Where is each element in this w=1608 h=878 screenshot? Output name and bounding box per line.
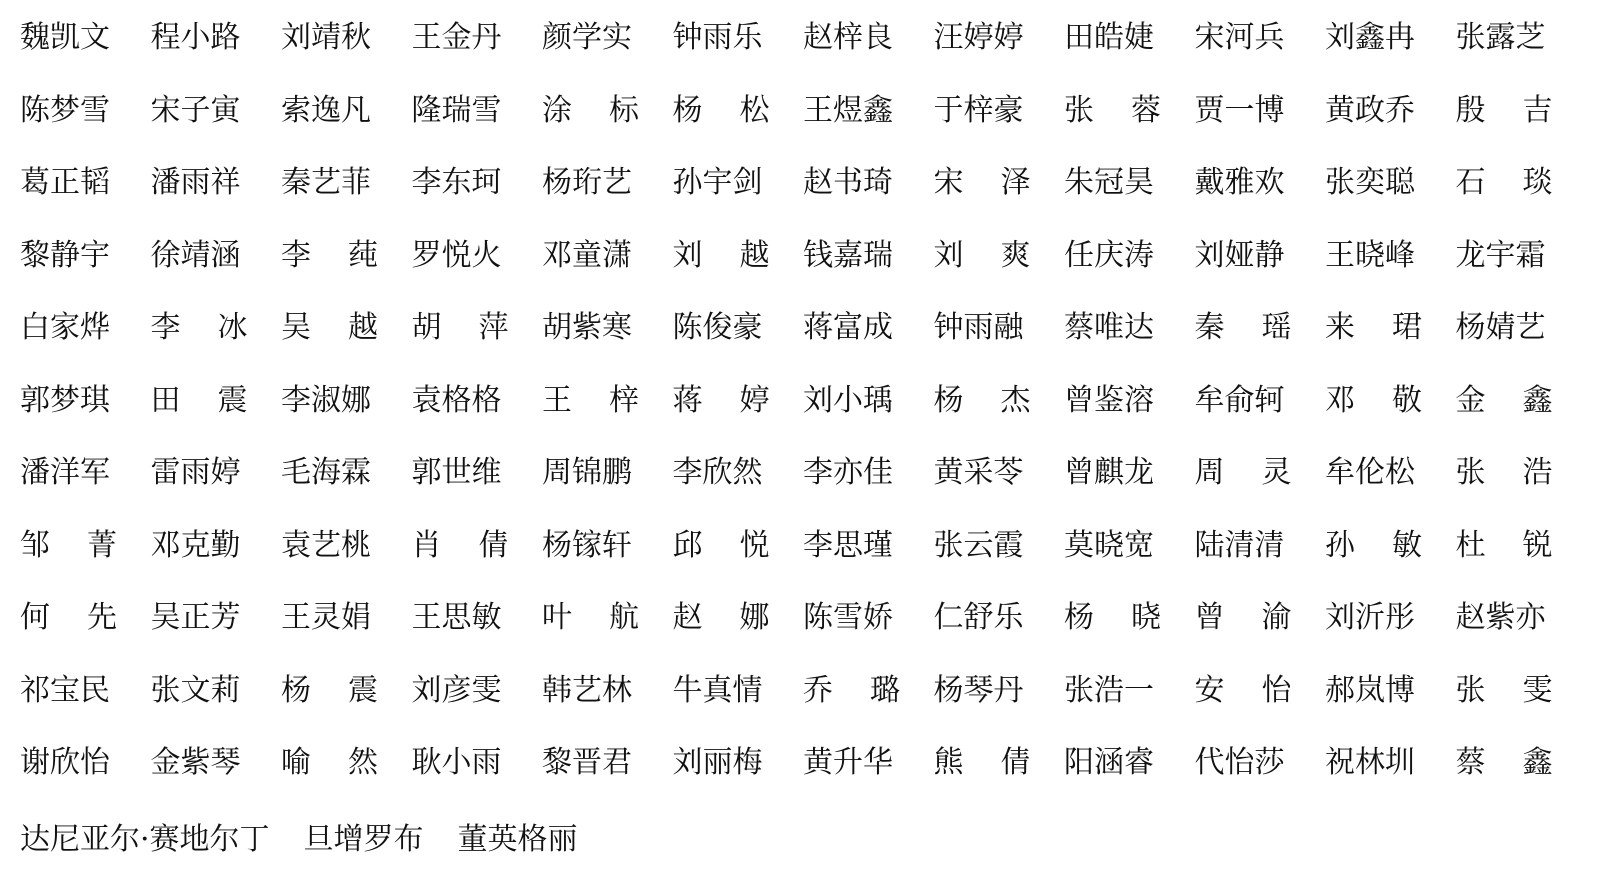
name-cell: 涂标: [542, 96, 639, 126]
name-cell: 邓克勤: [151, 531, 282, 561]
name-cell: 刘娅静: [1195, 241, 1326, 271]
name-cell: 陈梦雪: [20, 96, 151, 126]
name-char: 金: [1456, 386, 1486, 416]
name-cell: 曾鉴溶: [1064, 386, 1195, 416]
name-char: 邓: [1325, 386, 1355, 416]
name-cell: 李亦佳: [803, 458, 934, 488]
name-char: 殷: [1456, 96, 1486, 126]
name-row: 何先吴正芳王灵娟王思敏叶航赵娜陈雪娇仁舒乐杨晓曾渝刘沂彤赵紫亦: [20, 582, 1600, 655]
name-cell: 罗悦火: [412, 241, 543, 271]
name-cell: 王晓峰: [1325, 241, 1456, 271]
name-char: 珺: [1392, 313, 1422, 343]
name-cell: 钟雨乐: [673, 23, 804, 53]
name-cell: 袁艺桃: [281, 531, 412, 561]
name-row: 白家烨李冰吴越胡萍胡紫寒陈俊豪蒋富成钟雨融蔡唯达秦瑶来珺杨婧艺: [20, 292, 1600, 365]
name-char: 邹: [20, 531, 50, 561]
name-char: 晓: [1131, 603, 1161, 633]
name-cell: 黄政乔: [1325, 96, 1456, 126]
name-cell: 杨珩艺: [542, 168, 673, 198]
name-cell: 张浩一: [1064, 676, 1195, 706]
name-char: 婷: [740, 386, 770, 416]
name-cell: 蔡唯达: [1064, 313, 1195, 343]
name-row: 祁宝民张文莉杨震刘彦雯韩艺林牛真情乔璐杨琴丹张浩一安怡郝岚博张雯: [20, 655, 1600, 728]
name-cell: 蒋富成: [803, 313, 934, 343]
name-cell: 秦瑶: [1195, 313, 1292, 343]
name-cell: 赵梓良: [803, 23, 934, 53]
name-cell: 隆瑞雪: [412, 96, 543, 126]
name-cell: 杨杰: [934, 386, 1031, 416]
name-char: 瑶: [1262, 313, 1292, 343]
name-cell: 牛真情: [673, 676, 804, 706]
name-char: 雯: [1523, 676, 1553, 706]
name-cell: 杨晓: [1064, 603, 1161, 633]
name-char: 越: [740, 241, 770, 271]
name-cell: 赵娜: [673, 603, 770, 633]
name-cell: 代怡莎: [1195, 748, 1326, 778]
name-cell: 孙敏: [1325, 531, 1422, 561]
name-cell: 牟伦松: [1325, 458, 1456, 488]
name-char: 张: [1064, 96, 1094, 126]
name-char: 琰: [1523, 168, 1553, 198]
name-cell: 达尼亚尔·赛地尔丁: [20, 814, 270, 858]
name-char: 莼: [348, 241, 378, 271]
name-char: 航: [609, 603, 639, 633]
name-char: 灵: [1262, 458, 1292, 488]
name-roster: 魏凯文程小路刘靖秋王金丹颜学实钟雨乐赵梓良汪婷婷田皓婕宋河兵刘鑫冉张露芝陈梦雪宋…: [20, 2, 1600, 872]
name-cell: 刘越: [673, 241, 770, 271]
name-char: 震: [348, 676, 378, 706]
name-char: 曾: [1195, 603, 1225, 633]
name-cell: 王金丹: [412, 23, 543, 53]
name-char: 杨: [673, 96, 703, 126]
name-cell: 宋子寅: [151, 96, 282, 126]
name-char: 胡: [412, 313, 442, 343]
name-char: 吴: [281, 313, 311, 343]
name-cell: 旦增罗布: [304, 814, 424, 858]
name-char: 张: [1456, 676, 1486, 706]
name-cell: 吴越: [281, 313, 378, 343]
name-char: 倩: [1001, 748, 1031, 778]
name-cell: 祝林圳: [1325, 748, 1456, 778]
name-cell: 周锦鹏: [542, 458, 673, 488]
name-char: 蔡: [1456, 748, 1486, 778]
name-cell: 赵紫亦: [1456, 603, 1587, 633]
name-cell: 郝岚博: [1325, 676, 1456, 706]
name-cell: 耿小雨: [412, 748, 543, 778]
name-cell: 邹菁: [20, 531, 117, 561]
name-cell: 刘沂彤: [1325, 603, 1456, 633]
name-cell: 黄采苓: [934, 458, 1065, 488]
name-cell: 程小路: [151, 23, 282, 53]
name-cell: 钱嘉瑞: [803, 241, 934, 271]
name-row: 陈梦雪宋子寅索逸凡隆瑞雪涂标杨松王煜鑫于梓豪张蓉贾一博黄政乔殷吉: [20, 75, 1600, 148]
name-cell: 李东珂: [412, 168, 543, 198]
name-char: 鑫: [1523, 748, 1553, 778]
name-cell: 杜锐: [1456, 531, 1553, 561]
name-cell: 毛海霖: [281, 458, 412, 488]
name-char: 肖: [412, 531, 442, 561]
name-cell: 黄升华: [803, 748, 934, 778]
name-cell: 郭梦琪: [20, 386, 151, 416]
name-cell: 金紫琴: [151, 748, 282, 778]
name-char: 秦: [1195, 313, 1225, 343]
name-cell: 陈俊豪: [673, 313, 804, 343]
name-cell: 李思瑾: [803, 531, 934, 561]
name-char: 李: [151, 313, 181, 343]
name-cell: 戴雅欢: [1195, 168, 1326, 198]
name-char: 孙: [1325, 531, 1355, 561]
name-char: 杰: [1001, 386, 1031, 416]
name-char: 倩: [479, 531, 509, 561]
name-cell: 张奕聪: [1325, 168, 1456, 198]
name-char: 杨: [934, 386, 964, 416]
name-cell: 胡萍: [412, 313, 509, 343]
name-cell: 龙宇霜: [1456, 241, 1587, 271]
name-cell: 田震: [151, 386, 248, 416]
name-char: 刘: [934, 241, 964, 271]
name-cell: 潘雨祥: [151, 168, 282, 198]
name-cell: 朱冠昊: [1064, 168, 1195, 198]
name-char: 璐: [870, 676, 900, 706]
name-cell: 索逸凡: [281, 96, 412, 126]
name-cell: 牟俞轲: [1195, 386, 1326, 416]
name-char: 宋: [934, 168, 964, 198]
name-cell: 乔璐: [803, 676, 900, 706]
name-char: 邱: [673, 531, 703, 561]
name-char: 渝: [1262, 603, 1292, 633]
name-row-last: 达尼亚尔·赛地尔丁旦增罗布董英格丽: [20, 800, 1600, 873]
name-char: 涂: [542, 96, 572, 126]
name-char: 娜: [740, 603, 770, 633]
name-row: 黎静宇徐靖涵李莼罗悦火邓童潇刘越钱嘉瑞刘爽任庆涛刘娅静王晓峰龙宇霜: [20, 220, 1600, 293]
name-char: 刘: [673, 241, 703, 271]
name-cell: 刘鑫冉: [1325, 23, 1456, 53]
name-cell: 刘爽: [934, 241, 1031, 271]
name-cell: 郭世维: [412, 458, 543, 488]
name-cell: 汪婷婷: [934, 23, 1065, 53]
name-char: 周: [1195, 458, 1225, 488]
name-char: 越: [348, 313, 378, 343]
name-cell: 李欣然: [673, 458, 804, 488]
name-cell: 叶航: [542, 603, 639, 633]
name-cell: 贾一博: [1195, 96, 1326, 126]
name-char: 蒋: [673, 386, 703, 416]
name-char: 冰: [218, 313, 248, 343]
name-char: 张: [1456, 458, 1486, 488]
name-row: 魏凯文程小路刘靖秋王金丹颜学实钟雨乐赵梓良汪婷婷田皓婕宋河兵刘鑫冉张露芝: [20, 2, 1600, 75]
name-char: 然: [348, 748, 378, 778]
name-cell: 吴正芳: [151, 603, 282, 633]
name-char: 乔: [803, 676, 833, 706]
name-cell: 陈雪娇: [803, 603, 934, 633]
name-char: 怡: [1262, 676, 1292, 706]
name-cell: 肖倩: [412, 531, 509, 561]
name-char: 敬: [1392, 386, 1422, 416]
name-cell: 喻然: [281, 748, 378, 778]
name-cell: 杨震: [281, 676, 378, 706]
name-char: 田: [151, 386, 181, 416]
name-cell: 李淑娜: [281, 386, 412, 416]
name-char: 泽: [1001, 168, 1031, 198]
name-char: 松: [740, 96, 770, 126]
name-char: 叶: [542, 603, 572, 633]
name-cell: 袁格格: [412, 386, 543, 416]
name-cell: 祁宝民: [20, 676, 151, 706]
name-char: 蓉: [1131, 96, 1161, 126]
name-cell: 钟雨融: [934, 313, 1065, 343]
name-char: 何: [20, 603, 50, 633]
name-cell: 李莼: [281, 241, 378, 271]
name-cell: 孙宇剑: [673, 168, 804, 198]
name-cell: 魏凯文: [20, 23, 151, 53]
name-cell: 曾麒龙: [1064, 458, 1195, 488]
name-row: 邹菁邓克勤袁艺桃肖倩杨镓轩邱悦李思瑾张云霞莫晓宽陆清清孙敏杜锐: [20, 510, 1600, 583]
name-cell: 杨琴丹: [934, 676, 1065, 706]
name-char: 鑫: [1523, 386, 1553, 416]
name-char: 杨: [281, 676, 311, 706]
name-char: 李: [281, 241, 311, 271]
name-cell: 张浩: [1456, 458, 1553, 488]
name-cell: 潘洋军: [20, 458, 151, 488]
name-cell: 张蓉: [1064, 96, 1161, 126]
name-char: 王: [542, 386, 572, 416]
name-cell: 宋泽: [934, 168, 1031, 198]
name-cell: 张露芝: [1456, 23, 1587, 53]
name-cell: 阳涵睿: [1064, 748, 1195, 778]
name-cell: 胡紫寒: [542, 313, 673, 343]
name-cell: 陆清清: [1195, 531, 1326, 561]
name-char: 来: [1325, 313, 1355, 343]
name-cell: 莫晓宽: [1064, 531, 1195, 561]
name-cell: 刘靖秋: [281, 23, 412, 53]
name-cell: 张雯: [1456, 676, 1553, 706]
name-cell: 蒋婷: [673, 386, 770, 416]
name-cell: 李冰: [151, 313, 248, 343]
name-cell: 张文莉: [151, 676, 282, 706]
name-cell: 刘小瑀: [803, 386, 934, 416]
name-cell: 周灵: [1195, 458, 1292, 488]
name-cell: 谢欣怡: [20, 748, 151, 778]
name-char: 锐: [1523, 531, 1553, 561]
name-cell: 邓敬: [1325, 386, 1422, 416]
name-cell: 宋河兵: [1195, 23, 1326, 53]
name-cell: 王灵娟: [281, 603, 412, 633]
name-cell: 仁舒乐: [934, 603, 1065, 633]
name-cell: 殷吉: [1456, 96, 1553, 126]
name-char: 爽: [1001, 241, 1031, 271]
name-char: 悦: [740, 531, 770, 561]
name-cell: 邱悦: [673, 531, 770, 561]
name-cell: 邓童潇: [542, 241, 673, 271]
name-cell: 石琰: [1456, 168, 1553, 198]
name-char: 菁: [87, 531, 117, 561]
name-cell: 蔡鑫: [1456, 748, 1553, 778]
name-char: 赵: [673, 603, 703, 633]
name-cell: 曾渝: [1195, 603, 1292, 633]
name-char: 杨: [1064, 603, 1094, 633]
name-char: 先: [87, 603, 117, 633]
name-cell: 徐靖涵: [151, 241, 282, 271]
name-cell: 金鑫: [1456, 386, 1553, 416]
name-char: 标: [609, 96, 639, 126]
name-char: 浩: [1523, 458, 1553, 488]
name-char: 熊: [934, 748, 964, 778]
name-char: 梓: [609, 386, 639, 416]
name-cell: 雷雨婷: [151, 458, 282, 488]
name-char: 安: [1195, 676, 1225, 706]
name-cell: 杨镓轩: [542, 531, 673, 561]
name-char: 石: [1456, 168, 1486, 198]
name-cell: 秦艺菲: [281, 168, 412, 198]
name-row: 潘洋军雷雨婷毛海霖郭世维周锦鹏李欣然李亦佳黄采苓曾麒龙周灵牟伦松张浩: [20, 437, 1600, 510]
name-cell: 韩艺林: [542, 676, 673, 706]
name-cell: 于梓豪: [934, 96, 1065, 126]
name-cell: 王思敏: [412, 603, 543, 633]
name-char: 萍: [479, 313, 509, 343]
name-cell: 颜学实: [542, 23, 673, 53]
name-row: 葛正韬潘雨祥秦艺菲李东珂杨珩艺孙宇剑赵书琦宋泽朱冠昊戴雅欢张奕聪石琰: [20, 147, 1600, 220]
name-cell: 何先: [20, 603, 117, 633]
name-char: 敏: [1392, 531, 1422, 561]
name-cell: 任庆涛: [1064, 241, 1195, 271]
name-char: 震: [218, 386, 248, 416]
name-row: 谢欣怡金紫琴喻然耿小雨黎晋君刘丽梅黄升华熊倩阳涵睿代怡莎祝林圳蔡鑫: [20, 727, 1600, 800]
name-cell: 白家烨: [20, 313, 151, 343]
name-cell: 赵书琦: [803, 168, 934, 198]
name-cell: 王梓: [542, 386, 639, 416]
name-cell: 安怡: [1195, 676, 1292, 706]
name-cell: 黎晋君: [542, 748, 673, 778]
name-cell: 董英格丽: [458, 814, 578, 858]
name-cell: 刘彦雯: [412, 676, 543, 706]
name-cell: 黎静宇: [20, 241, 151, 271]
name-char: 杜: [1456, 531, 1486, 561]
name-cell: 田皓婕: [1064, 23, 1195, 53]
name-cell: 张云霞: [934, 531, 1065, 561]
name-cell: 葛正韬: [20, 168, 151, 198]
name-cell: 刘丽梅: [673, 748, 804, 778]
name-cell: 杨松: [673, 96, 770, 126]
name-cell: 来珺: [1325, 313, 1422, 343]
name-char: 喻: [281, 748, 311, 778]
name-cell: 王煜鑫: [803, 96, 934, 126]
name-cell: 杨婧艺: [1456, 313, 1587, 343]
name-cell: 熊倩: [934, 748, 1031, 778]
name-char: 吉: [1523, 96, 1553, 126]
name-row: 郭梦琪田震李淑娜袁格格王梓蒋婷刘小瑀杨杰曾鉴溶牟俞轲邓敬金鑫: [20, 365, 1600, 438]
